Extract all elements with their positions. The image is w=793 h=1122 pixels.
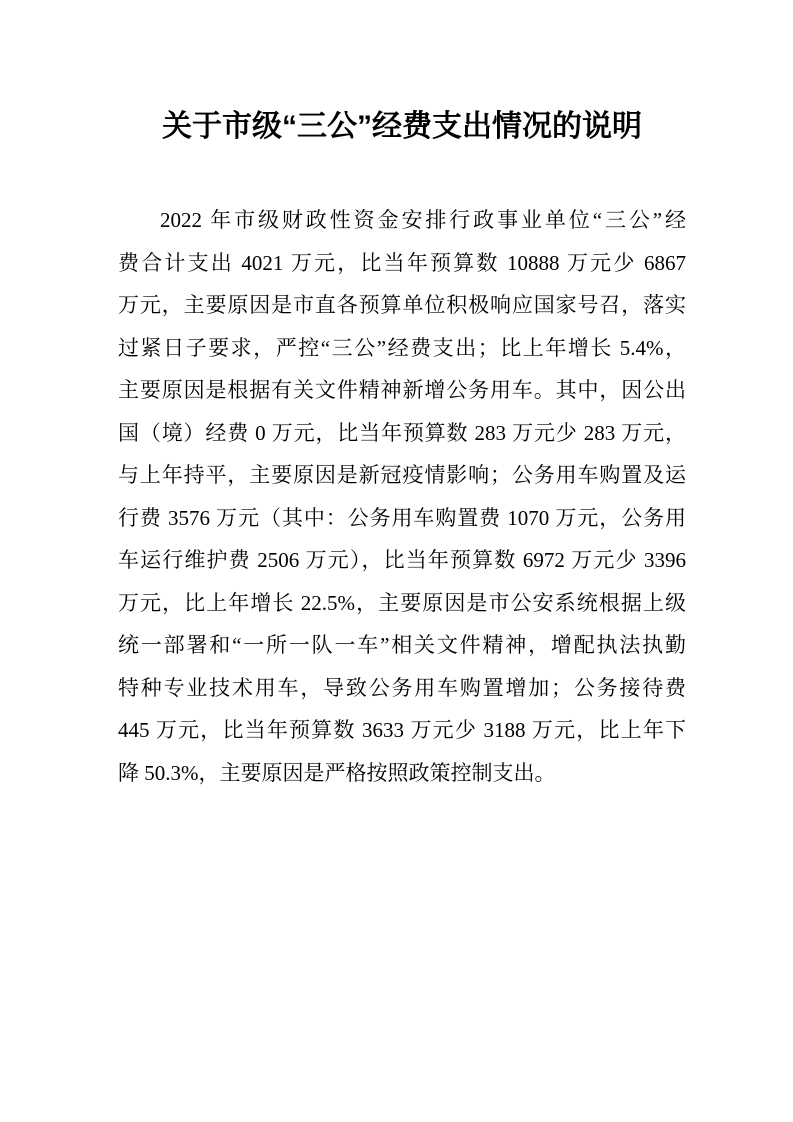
text-line: 行费 3576 万元（其中：公务用车购置费 1070 万元，公务用 — [118, 497, 686, 540]
text-line: 主要原因是根据有关文件精神新增公务用车。其中，因公出 — [118, 369, 686, 412]
text-line: 费合计支出 4021 万元，比当年预算数 10888 万元少 6867 — [118, 242, 686, 285]
text-line: 万元，主要原因是市直各预算单位积极响应国家号召，落实 — [118, 284, 686, 327]
text-line: 2022 年市级财政性资金安排行政事业单位“三公”经 — [118, 199, 686, 242]
text-line: 国（境）经费 0 万元，比当年预算数 283 万元少 283 万元， — [118, 412, 686, 455]
text-line: 与上年持平，主要原因是新冠疫情影响；公务用车购置及运 — [118, 454, 686, 497]
document-title: 关于市级“三公”经费支出情况的说明 — [118, 105, 686, 149]
text-line: 万元，比上年增长 22.5%，主要原因是市公安系统根据上级 — [118, 582, 686, 625]
text-line: 车运行维护费 2506 万元），比当年预算数 6972 万元少 3396 — [118, 539, 686, 582]
text-line: 445 万元，比当年预算数 3633 万元少 3188 万元，比上年下 — [118, 709, 686, 752]
text-line: 统一部署和“一所一队一车”相关文件精神，增配执法执勤 — [118, 624, 686, 667]
text-line: 特种专业技术用车，导致公务用车购置增加；公务接待费 — [118, 667, 686, 710]
text-line: 过紧日子要求，严控“三公”经费支出；比上年增长 5.4%， — [118, 327, 686, 370]
document-page: 关于市级“三公”经费支出情况的说明 2022 年市级财政性资金安排行政事业单位“… — [0, 0, 793, 1122]
text-line: 降 50.3%，主要原因是严格按照政策控制支出。 — [118, 752, 686, 795]
body-paragraph: 2022 年市级财政性资金安排行政事业单位“三公”经费合计支出 4021 万元，… — [118, 199, 686, 794]
